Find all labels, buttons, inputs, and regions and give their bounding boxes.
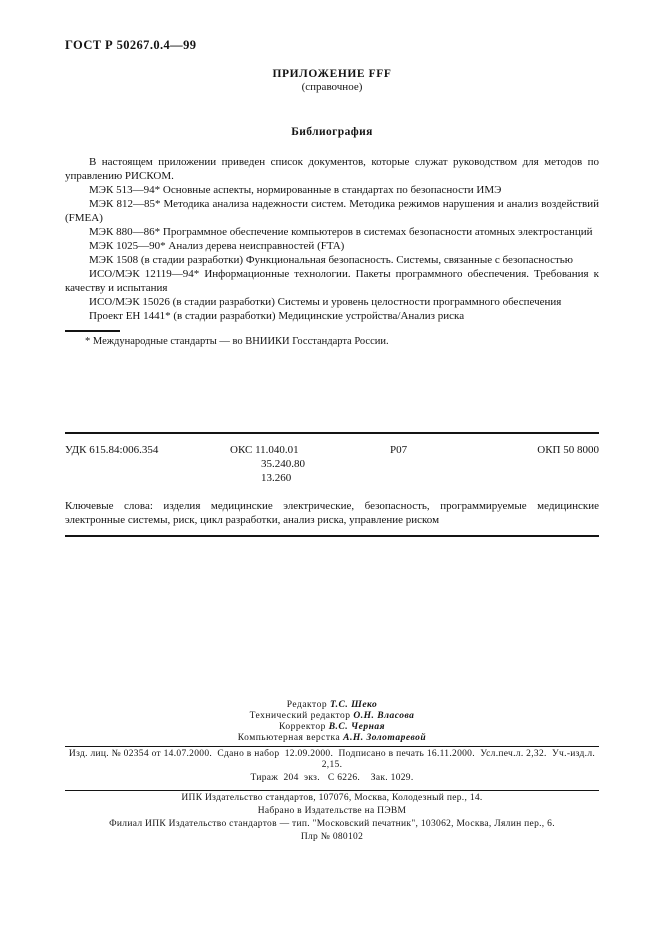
bibliography-intro: В настоящем приложении приведен список д…: [65, 155, 599, 183]
printer-branch-address: Филиал ИПК Издательство стандартов — тип…: [65, 819, 599, 830]
publisher-divider: [65, 790, 599, 791]
bibliography-entry: Проект ЕН 1441* (в стадии разработки) Ме…: [65, 309, 599, 323]
appendix-heading: ПРИЛОЖЕНИЕ FFF (справочное): [65, 68, 599, 93]
doc-number: ГОСТ Р 50267.0.4—99: [65, 38, 599, 53]
imprint-divider: [65, 746, 599, 747]
bibliography-entry: МЭК 513—94* Основные аспекты, нормирован…: [65, 183, 599, 197]
bibliography-entry: МЭК 1025—90* Анализ дерева неисправносте…: [65, 239, 599, 253]
oks-code-line: 13.260: [261, 471, 390, 485]
credit-line: Технический редактор О.Н. Власова: [65, 711, 599, 722]
appendix-subtitle: (справочное): [65, 81, 599, 93]
bibliography-entry: МЭК 812—85* Методика анализа надежности …: [65, 197, 599, 225]
imprint-print-data: Изд. лиц. № 02354 от 14.07.2000. Сдано в…: [65, 749, 599, 771]
section-title-bibliography: Библиография: [65, 126, 599, 138]
imprint-circulation: Тираж 204 экз. С 6226. Зак. 1029.: [65, 773, 599, 784]
codes-top-divider: [65, 432, 599, 434]
credit-role: Технический редактор: [250, 711, 351, 721]
credit-line: Редактор Т.С. Шеко: [65, 700, 599, 711]
footnote-text: * Международные стандарты — во ВНИИКИ Го…: [65, 335, 599, 348]
bibliography-entry: МЭК 880—86* Программное обеспечение комп…: [65, 225, 599, 239]
imprint-footer: Редактор Т.С. Шеко Технический редактор …: [65, 700, 599, 843]
credit-line: Компьютерная верстка А.Н. Золотаревой: [65, 733, 599, 744]
credit-name: Т.С. Шеко: [330, 700, 377, 710]
credits-block: Редактор Т.С. Шеко Технический редактор …: [65, 700, 599, 744]
credit-name: О.Н. Власова: [353, 711, 414, 721]
appendix-title: ПРИЛОЖЕНИЕ FFF: [65, 68, 599, 80]
credit-role: Корректор: [279, 722, 326, 732]
publisher-address: ИПК Издательство стандартов, 107076, Мос…: [65, 793, 599, 804]
oks-code-line: 35.240.80: [261, 457, 390, 471]
credit-role: Редактор: [287, 700, 327, 710]
keywords-bottom-divider: [65, 535, 599, 537]
credit-name: В.С. Черная: [329, 722, 385, 732]
oks-codes: ОКС 11.040.01 35.240.80 13.260: [230, 443, 390, 485]
okp-code: ОКП 50 8000: [537, 443, 599, 485]
bibliography-entry: МЭК 1508 (в стадии разработки) Функциона…: [65, 253, 599, 267]
bibliography-entry: ИСО/МЭК 12119—94* Информационные техноло…: [65, 267, 599, 295]
keywords-paragraph: Ключевые слова: изделия медицинские элек…: [65, 499, 599, 527]
credit-name: А.Н. Золотаревой: [343, 733, 426, 743]
udk-code: УДК 615.84:006.354: [65, 443, 230, 485]
classification-codes: УДК 615.84:006.354 ОКС 11.040.01 35.240.…: [65, 443, 599, 485]
credit-role: Компьютерная верстка: [238, 733, 340, 743]
bibliography-entry: ИСО/МЭК 15026 (в стадии разработки) Сист…: [65, 295, 599, 309]
print-license-number: Плр № 080102: [65, 832, 599, 843]
credit-line: Корректор В.С. Черная: [65, 722, 599, 733]
document-page: ГОСТ Р 50267.0.4—99 ПРИЛОЖЕНИЕ FFF (спра…: [0, 0, 661, 936]
group-code: Р07: [390, 443, 515, 485]
typeset-note: Набрано в Издательстве на ПЭВМ: [65, 806, 599, 817]
footnote-divider: [65, 330, 120, 332]
oks-code-line: ОКС 11.040.01: [230, 443, 390, 457]
